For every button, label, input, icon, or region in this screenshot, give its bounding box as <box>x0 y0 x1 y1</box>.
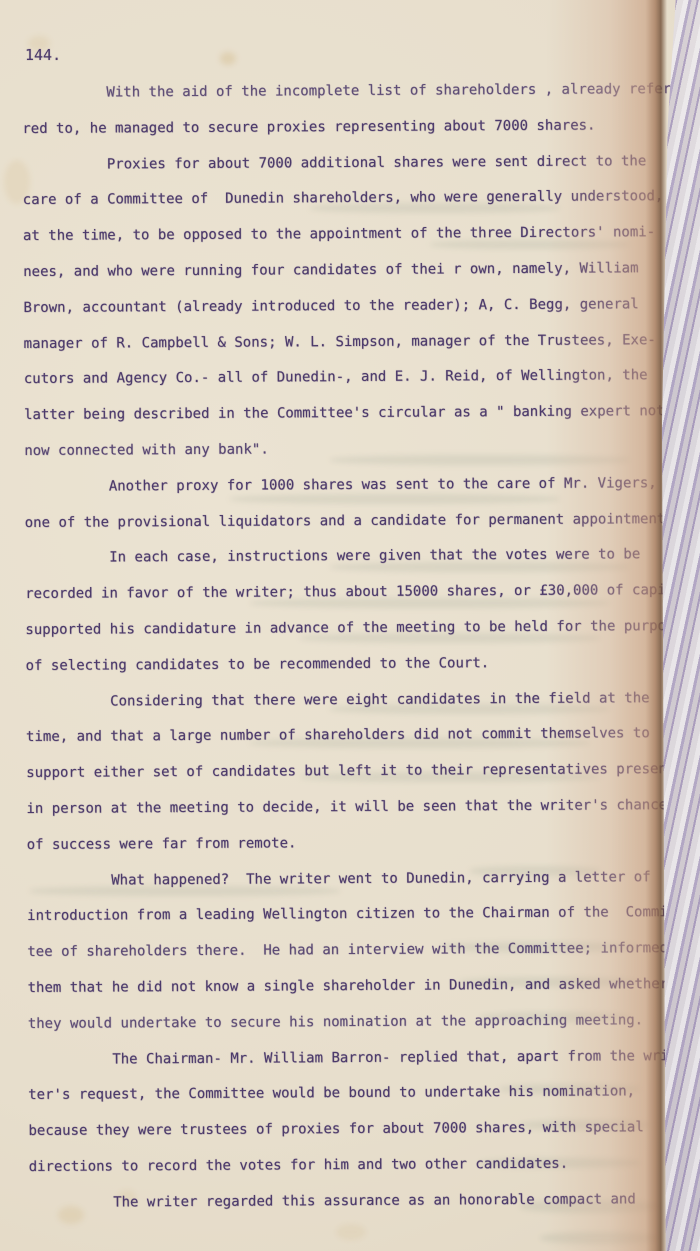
text-line: manager of R. Campbell & Sons; W. L. Sim… <box>24 322 700 362</box>
text-line: nees, and who were running four candidat… <box>23 251 700 291</box>
text-line: latter being described in the Committee'… <box>24 394 700 434</box>
text-line: supported his candidature in advance of … <box>25 609 700 649</box>
text-line: Brown, accountant (already introduced to… <box>23 287 700 327</box>
text-line: at the time, to be opposed to the appoin… <box>23 215 700 255</box>
text-line: In each case, instructions were given th… <box>25 537 700 577</box>
text-line: they would undertake to secure his nomin… <box>28 1003 700 1043</box>
text-line: recorded in favor of the writer; thus ab… <box>25 573 700 613</box>
text-line: The writer regarded this assurance as an… <box>29 1182 700 1222</box>
text-line: Considering that there were eight candid… <box>26 680 700 720</box>
scanned-typewritten-page: 144. With the aid of the incomplete list… <box>0 0 700 1251</box>
text-line: time, and that a large number of shareho… <box>26 716 700 756</box>
text-line: in person at the meeting to decide, it w… <box>26 788 700 828</box>
text-line: of success were far from remote. <box>27 824 700 864</box>
text-line: ter's request, the Committee would be bo… <box>28 1074 700 1114</box>
text-line: introduction from a leading Wellington c… <box>27 895 700 935</box>
text-line: tee of shareholders there. He had an int… <box>27 931 700 971</box>
book-fore-edge <box>662 0 700 1251</box>
text-line: of selecting candidates to be recommende… <box>25 645 700 685</box>
text-line: care of a Committee of Dunedin sharehold… <box>23 179 700 219</box>
text-line: The Chairman- Mr. William Barron- replie… <box>28 1038 700 1078</box>
typewritten-text: With the aid of the incomplete list of s… <box>22 72 700 1222</box>
text-line: because they were trustees of proxies fo… <box>28 1110 700 1150</box>
text-line: now connected with any bank". <box>24 430 700 470</box>
text-line: What happened? The writer went to Dunedi… <box>27 859 700 899</box>
text-line: With the aid of the incomplete list of s… <box>22 72 700 112</box>
text-line: support either set of candidates but lef… <box>26 752 700 792</box>
text-line: Proxies for about 7000 additional shares… <box>22 143 700 183</box>
text-line: them that he did not know a single share… <box>27 967 700 1007</box>
text-line: Another proxy for 1000 shares was sent t… <box>24 466 700 506</box>
text-line: one of the provisional liquidators and a… <box>25 501 700 541</box>
text-line: cutors and Agency Co.- all of Dunedin-, … <box>24 358 700 398</box>
text-line: red to, he managed to secure proxies rep… <box>22 108 700 148</box>
text-line: directions to record the votes for him a… <box>29 1146 700 1186</box>
page-number: 144. <box>25 46 61 64</box>
